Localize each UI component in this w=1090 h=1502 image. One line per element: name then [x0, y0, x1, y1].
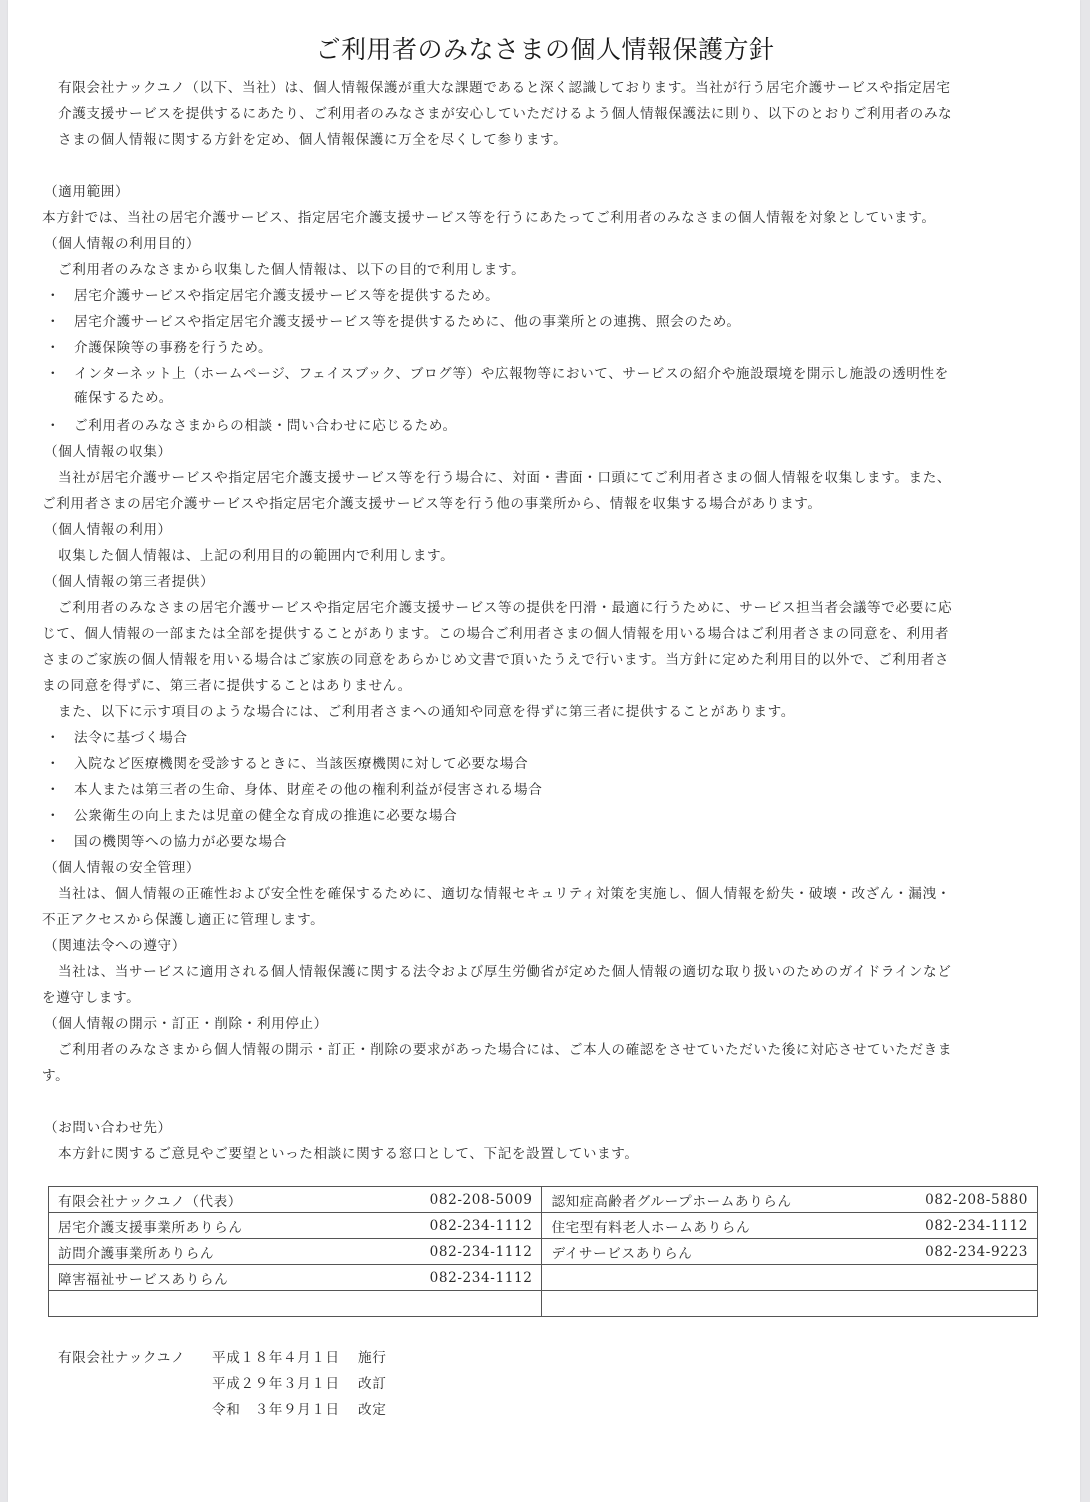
table-row: 障害福祉サービスありらん 082-234-1112 — [49, 1265, 1038, 1291]
disclosure-line-1: ご利用者のみなさまから個人情報の開示・訂正・削除の要求があった場合には、ご本人の… — [58, 1042, 952, 1058]
contact-phone: 082-234-9223 — [916, 1239, 1037, 1265]
bullet-dot: ・ — [46, 730, 60, 746]
purpose-bullet-1: 居宅介護サービスや指定居宅介護支援サービス等を提供するため。 — [74, 288, 499, 304]
contact-phone: 082-234-1112 — [421, 1213, 542, 1239]
third-party-bullet-2: 入院など医療機関を受診するときに、当該医療機関に対して必要な場合 — [74, 756, 528, 772]
third-party-bullet-1: 法令に基づく場合 — [74, 730, 188, 746]
contact-body: 本方針に関するご意見やご要望といった相談に関する窓口として、下記を設置しています… — [58, 1146, 639, 1162]
section-heading-scope: （適用範囲） — [44, 184, 129, 200]
history-date: 平成１８年４月１日 — [212, 1350, 340, 1366]
contact-name: 訪問介護事業所ありらん — [49, 1239, 421, 1265]
contact-name: 障害福祉サービスありらん — [49, 1265, 421, 1291]
contact-phone-empty — [916, 1265, 1037, 1291]
history-action: 改定 — [358, 1402, 386, 1418]
third-party-bullet-4: 公衆衛生の向上または児童の健全な育成の推進に必要な場合 — [74, 808, 457, 824]
contact-phone: 082-208-5009 — [421, 1187, 542, 1213]
section-heading-security: （個人情報の安全管理） — [44, 860, 200, 876]
section-heading-contact: （お問い合わせ先） — [44, 1120, 172, 1136]
security-line-1: 当社は、個人情報の正確性および安全性を確保するために、適切な情報セキュリティ対策… — [58, 886, 951, 902]
purpose-bullet-5: ご利用者のみなさまからの相談・問い合わせに応じるため。 — [74, 418, 457, 434]
purpose-body: ご利用者のみなさまから収集した個人情報は、以下の目的で利用します。 — [58, 262, 525, 278]
third-party-also: また、以下に示す項目のような場合には、ご利用者さまへの通知や同意を得ずに第三者に… — [58, 704, 795, 720]
contact-phone-empty — [916, 1291, 1037, 1317]
contact-phone: 082-234-1112 — [421, 1265, 542, 1291]
bullet-dot: ・ — [46, 288, 60, 304]
section-heading-compliance: （関連法令への遵守） — [44, 938, 186, 954]
intro-line-3: さまの個人情報に関する方針を定め、個人情報保護に万全を尽くして参ります。 — [58, 132, 567, 148]
contact-name-empty — [49, 1291, 421, 1317]
third-party-line-2: じて、個人情報の一部または全部を提供することがあります。この場合ご利用者さまの個… — [42, 626, 949, 642]
document-page: ご利用者のみなさまの個人情報保護方針 有限会社ナックユノ（以下、当社）は、個人情… — [8, 0, 1080, 1502]
compliance-line-1: 当社は、当サービスに適用される個人情報保護に関する法令および厚生労働省が定めた個… — [58, 964, 951, 980]
bullet-dot: ・ — [46, 418, 60, 434]
bullet-dot: ・ — [46, 834, 60, 850]
contact-phone-empty — [421, 1291, 542, 1317]
table-row — [49, 1291, 1038, 1317]
history-date: 令和 ３年９月１日 — [212, 1402, 340, 1418]
contact-phone: 082-234-1112 — [421, 1239, 542, 1265]
disclosure-line-2: す。 — [42, 1068, 69, 1084]
bullet-dot: ・ — [46, 366, 60, 382]
collection-line-1: 当社が居宅介護サービスや指定居宅介護支援サービス等を行う場合に、対面・書面・口頭… — [58, 470, 951, 486]
bullet-dot: ・ — [46, 808, 60, 824]
contact-name-empty — [542, 1265, 916, 1291]
contact-name: 有限会社ナックユノ（代表） — [49, 1187, 421, 1213]
contact-name: デイサービスありらん — [542, 1239, 916, 1265]
compliance-line-2: を遵守します。 — [42, 990, 140, 1006]
third-party-line-4: まの同意を得ずに、第三者に提供することはありません。 — [42, 678, 412, 694]
contact-phone: 082-208-5880 — [916, 1187, 1037, 1213]
bullet-dot: ・ — [46, 340, 60, 356]
third-party-bullet-3: 本人または第三者の生命、身体、財産その他の権利利益が侵害される場合 — [74, 782, 542, 798]
collection-line-2: ご利用者さまの居宅介護サービスや指定居宅介護支援サービス等を行う他の事業所から、… — [42, 496, 822, 512]
contact-name: 居宅介護支援事業所ありらん — [49, 1213, 421, 1239]
purpose-bullet-4-cont: 確保するため。 — [74, 390, 173, 406]
section-heading-third-party: （個人情報の第三者提供） — [44, 574, 214, 590]
purpose-bullet-4: インターネット上（ホームページ、フェイスブック、ブログ等）や広報物等において、サ… — [74, 366, 949, 382]
history-action: 施行 — [358, 1350, 386, 1366]
section-heading-disclosure: （個人情報の開示・訂正・削除・利用停止） — [44, 1016, 328, 1032]
table-row: 有限会社ナックユノ（代表） 082-208-5009 認知症高齢者グループホーム… — [49, 1187, 1038, 1213]
purpose-bullet-3: 介護保険等の事務を行うため。 — [74, 340, 272, 356]
section-heading-purpose: （個人情報の利用目的） — [44, 236, 200, 252]
third-party-line-3: さまのご家族の個人情報を用いる場合はご家族の同意をあらかじめ文書で頂いたうえで行… — [42, 652, 949, 668]
section-heading-use: （個人情報の利用） — [44, 522, 172, 538]
third-party-line-1: ご利用者のみなさまの居宅介護サービスや指定居宅介護支援サービス等の提供を円滑・最… — [58, 600, 952, 616]
intro-line-2: 介護支援サービスを提供するにあたり、ご利用者のみなさまが安心していただけるよう個… — [58, 106, 952, 122]
section-heading-collection: （個人情報の収集） — [44, 444, 172, 460]
history-date: 平成２９年３月１日 — [212, 1376, 340, 1392]
signature-company: 有限会社ナックユノ — [58, 1350, 185, 1366]
scope-body: 本方針では、当社の居宅介護サービス、指定居宅介護支援サービス等を行うにあたってご… — [42, 210, 936, 226]
contact-name-empty — [542, 1291, 916, 1317]
security-line-2: 不正アクセスから保護し適正に管理します。 — [42, 912, 324, 928]
bullet-dot: ・ — [46, 314, 60, 330]
page-title: ご利用者のみなさまの個人情報保護方針 — [0, 30, 1090, 66]
third-party-bullet-5: 国の機関等への協力が必要な場合 — [74, 834, 287, 850]
table-row: 居宅介護支援事業所ありらん 082-234-1112 住宅型有料老人ホームありら… — [49, 1213, 1038, 1239]
bullet-dot: ・ — [46, 782, 60, 798]
use-body: 収集した個人情報は、上記の利用目的の範囲内で利用します。 — [58, 548, 454, 564]
purpose-bullet-2: 居宅介護サービスや指定居宅介護支援サービス等を提供するために、他の事業所との連携… — [74, 314, 741, 330]
contact-name: 住宅型有料老人ホームありらん — [542, 1213, 916, 1239]
history-action: 改訂 — [358, 1376, 386, 1392]
table-row: 訪問介護事業所ありらん 082-234-1112 デイサービスありらん 082-… — [49, 1239, 1038, 1265]
bullet-dot: ・ — [46, 756, 60, 772]
contact-phone: 082-234-1112 — [916, 1213, 1037, 1239]
contacts-table: 有限会社ナックユノ（代表） 082-208-5009 認知症高齢者グループホーム… — [48, 1186, 1038, 1317]
contact-name: 認知症高齢者グループホームありらん — [542, 1187, 916, 1213]
intro-line-1: 有限会社ナックユノ（以下、当社）は、個人情報保護が重大な課題であると深く認識して… — [58, 80, 951, 96]
